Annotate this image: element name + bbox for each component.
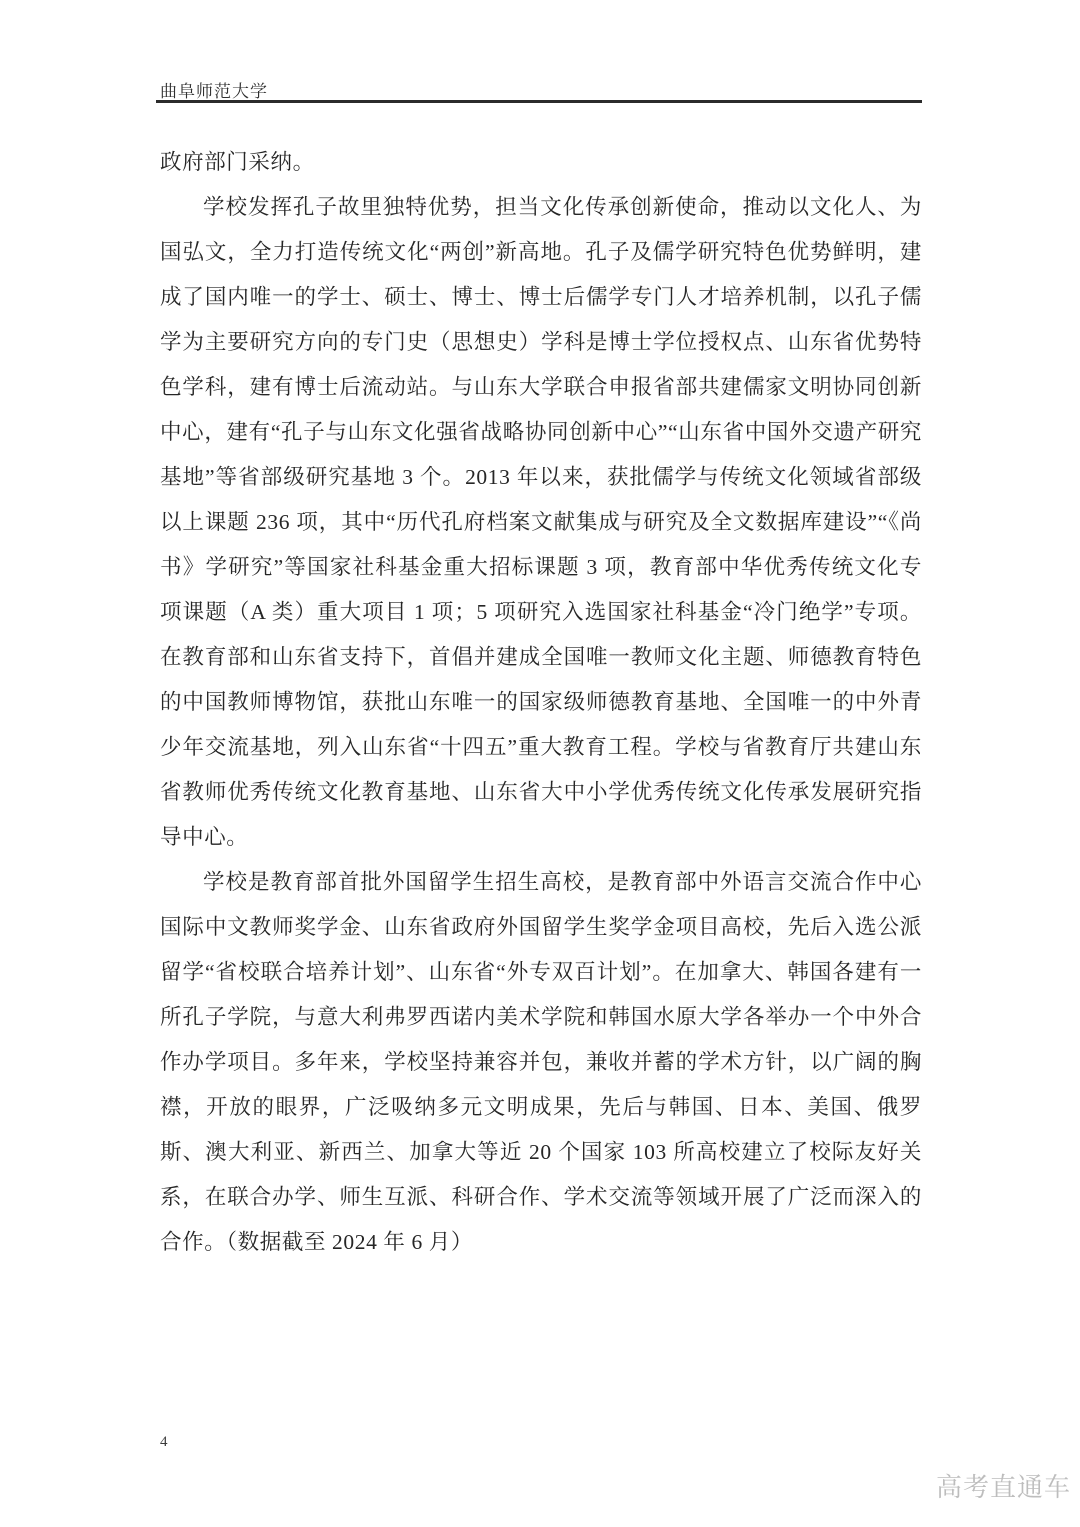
body-paragraph: 学校是教育部首批外国留学生招生高校，是教育部中外语言交流合作中心国际中文教师奖学… <box>160 860 922 1265</box>
page-number: 4 <box>160 1434 168 1451</box>
document-body: 政府部门采纳。 学校发挥孔子故里独特优势，担当文化传承创新使命，推动以文化人、为… <box>160 140 922 1265</box>
header-rule <box>156 100 922 103</box>
body-paragraph: 学校发挥孔子故里独特优势，担当文化传承创新使命，推动以文化人、为国弘文，全力打造… <box>160 185 922 860</box>
body-paragraph: 政府部门采纳。 <box>160 140 922 185</box>
document-page: 曲阜师范大学 政府部门采纳。 学校发挥孔子故里独特优势，担当文化传承创新使命，推… <box>0 0 1080 1527</box>
page-header-title: 曲阜师范大学 <box>160 77 268 102</box>
watermark-logo: 高考直通车 <box>936 1467 1071 1504</box>
